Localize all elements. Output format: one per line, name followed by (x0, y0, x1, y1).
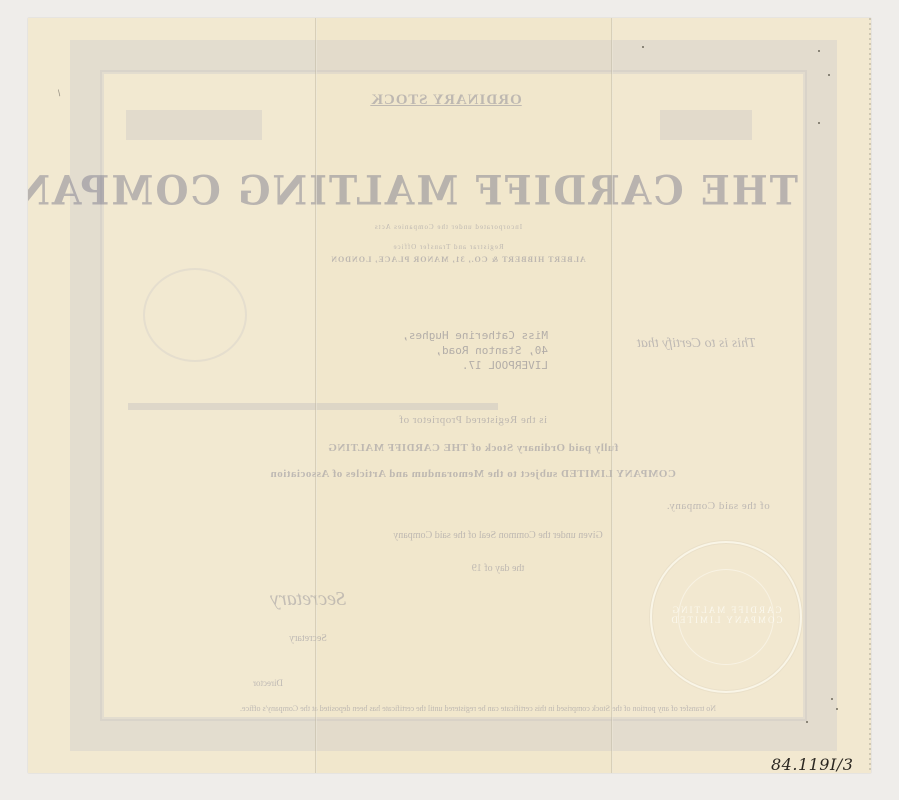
company-title: THE CARDIFF MALTING COMPANY LIMITED (106, 167, 798, 214)
holder-line: Miss Catherine Hughes, (328, 328, 548, 343)
director-line: Director (168, 678, 368, 688)
incorporation-subtitle: Incorporated under the Companies Acts (238, 223, 658, 231)
fold-line (315, 18, 317, 773)
given-under-seal-line: Given under the Common Seal of the said … (168, 530, 828, 541)
body-line: of the said Company. (618, 500, 818, 512)
signature: Secretary (208, 588, 408, 611)
stock-amount-text (668, 116, 744, 131)
certificate-number-box (126, 110, 262, 140)
certificate-paper: ORDINARY STOCK THE CARDIFF MALTING COMPA… (28, 18, 871, 773)
secretary-line: Secretary (128, 633, 488, 644)
perforated-edge (869, 18, 871, 773)
panel-middle (317, 18, 611, 773)
speck (806, 721, 808, 723)
embossed-seal: CARDIFF MALTING COMPANY LIMITED (650, 541, 802, 693)
fold-line (611, 18, 613, 773)
embossed-seal-text: CARDIFF MALTING COMPANY LIMITED (652, 605, 800, 625)
body-line: COMPANY LIMITED subject to the Memorandu… (128, 468, 818, 480)
speck (642, 46, 644, 48)
stock-label: ORDINARY STOCK (296, 92, 596, 109)
footer-note: No transfer of any portion of the Stock … (128, 704, 828, 713)
holder-address-block: Miss Catherine Hughes, 40, Stanton Road,… (328, 328, 548, 373)
speck (831, 698, 833, 700)
scan-background: ORDINARY STOCK THE CARDIFF MALTING COMPA… (0, 0, 899, 800)
speck (836, 708, 838, 710)
registrar-label: Registrar and Transfer Office (308, 243, 588, 251)
speck (818, 122, 820, 124)
body-line: fully paid Ordinary Stock of THE CARDIFF… (128, 442, 818, 454)
speck (828, 74, 830, 76)
printed-seal-outline (143, 268, 247, 362)
catalog-number: 84.119I/3 (771, 755, 853, 774)
registrar-address: ALBERT HIBBERT & CO., 31, MANOR PLACE, L… (178, 255, 738, 264)
certificate-number-caption (136, 142, 256, 150)
speck (818, 50, 820, 52)
holder-line: 40, Stanton Road, (328, 343, 548, 358)
certify-label: This is to Certify that (556, 336, 756, 352)
amount-rule (128, 403, 498, 410)
body-line: is the Registered Proprietor of (128, 414, 818, 426)
holder-line: LIVERPOOL 17. (328, 358, 548, 373)
